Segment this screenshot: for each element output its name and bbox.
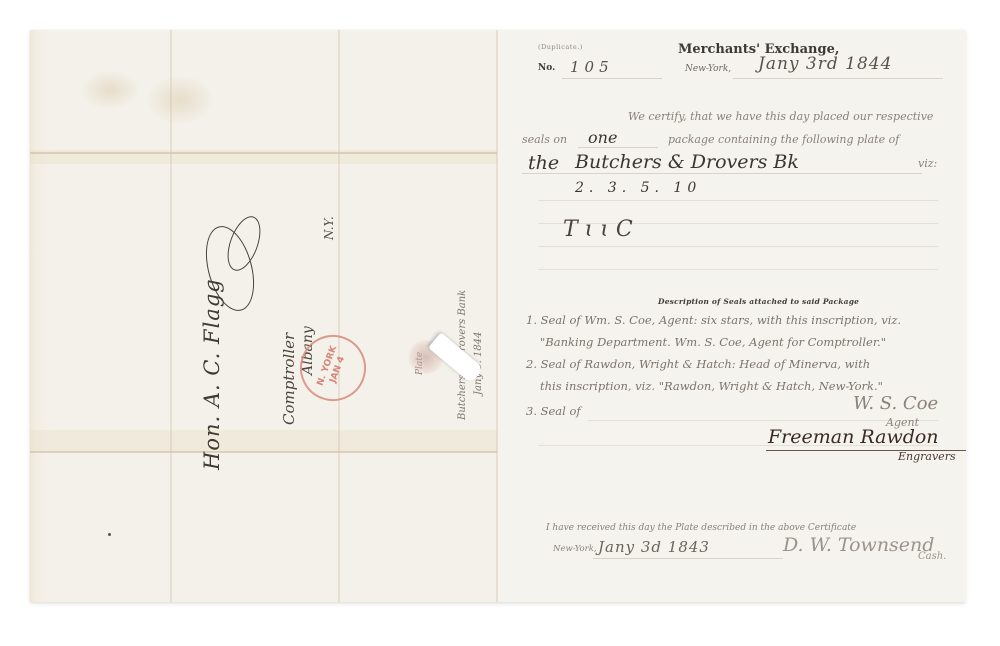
cashier-signature: D. W. Townsend (783, 534, 934, 556)
cashier-role: Cash. (918, 551, 946, 562)
certify-text-line2-suffix: package containing the following plate o… (668, 133, 899, 146)
seal-1-line2: "Banking Department. Wm. S. Coe, Agent f… (540, 335, 886, 349)
pencil-scribble: T ɩ ɩ C (563, 217, 633, 242)
number-label: No. (538, 63, 555, 73)
address-title: Comptroller (280, 333, 298, 425)
seals-heading: Description of Seals attached to said Pa… (658, 297, 859, 306)
address-name: Hon. A. C. Flagg (200, 278, 224, 470)
date-underline (733, 78, 943, 79)
address-state: N.Y. (322, 216, 336, 240)
package-count-underline (578, 147, 658, 148)
engraver-signature: Freeman Rawdon (768, 426, 939, 448)
receipt-date-underline (593, 558, 783, 559)
foxing-stain (145, 75, 215, 125)
seal-3-line1: 3. Seal of (526, 404, 581, 418)
certify-text-line2-prefix: seals on (522, 133, 567, 146)
folded-document-sheet: Hon. A. C. Flagg Comptroller Albany N.Y.… (30, 30, 965, 602)
receipt-city-label: New-York, (553, 544, 597, 554)
ruled-line (538, 246, 938, 247)
receipt-date: Jany 3d 1843 (598, 538, 710, 556)
seal-2-line2: this inscription, viz. "Rawdon, Wright &… (540, 379, 883, 393)
address-panel-page: Hon. A. C. Flagg Comptroller Albany N.Y.… (30, 30, 497, 602)
ruled-line (538, 200, 938, 201)
plate-denominations: 2. 3. 5. 10 (575, 180, 701, 196)
receipt-statement: I have received this day the Plate descr… (546, 523, 856, 533)
seal-2-line1: 2. Seal of Rawdon, Wright & Hatch: Head … (526, 357, 870, 371)
ruled-line (538, 269, 938, 270)
plate-prefix: the (528, 152, 559, 174)
agent-signature: W. S. Coe (853, 393, 938, 414)
plate-bank-name: Butchers & Drovers Bk (575, 151, 799, 173)
duplicate-label: (Duplicate.) (538, 43, 583, 51)
number-underline (562, 78, 662, 79)
city-label: New-York, (685, 64, 731, 74)
certificate-number: 105 (570, 58, 614, 76)
certificate-date: Jany 3rd 1844 (758, 54, 892, 74)
seal-1-line1: 1. Seal of Wm. S. Coe, Agent: six stars,… (526, 313, 901, 327)
foxing-stain (80, 70, 140, 110)
certify-text-line1: We certify, that we have this day placed… (628, 110, 933, 123)
ink-speck (108, 533, 111, 536)
plate-underline (522, 173, 922, 174)
package-count: one (588, 128, 617, 147)
engraver-role: Engravers (898, 450, 956, 463)
certificate-page: (Duplicate.) Merchants' Exchange, No. 10… (497, 30, 966, 602)
plate-viz-label: viz: (918, 157, 937, 170)
horizontal-fold-line-upper (30, 152, 497, 154)
